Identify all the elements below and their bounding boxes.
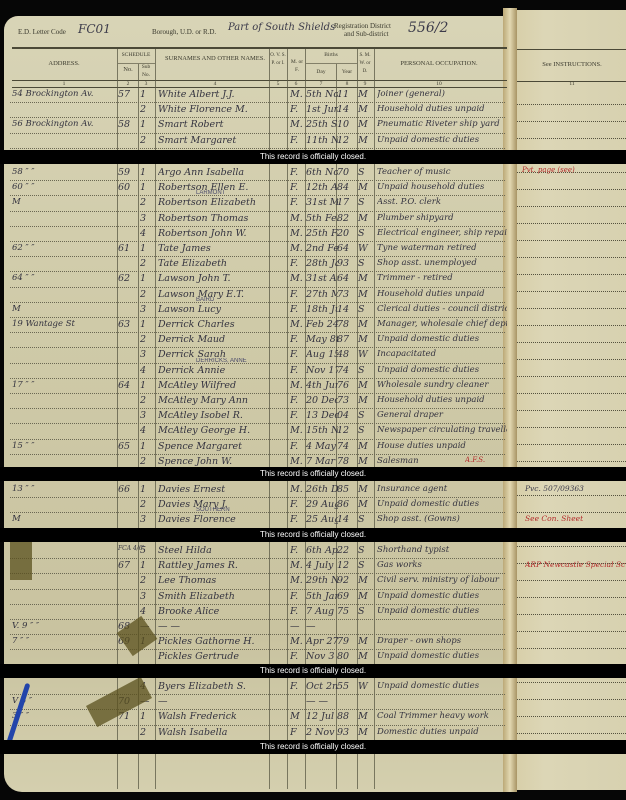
cell-smwd: S	[358, 514, 374, 525]
cell-day: Nov 3	[306, 651, 338, 662]
cell-name: Pickles Gathorne H.	[158, 636, 270, 647]
cell-name: Smith Elizabeth	[158, 591, 270, 602]
cell-day: Feb 24	[306, 319, 338, 330]
cell-name: Robertson John W.	[158, 228, 270, 239]
cell-occupation: Unpaid domestic duties	[377, 606, 507, 616]
cell-name: Smart Robert	[158, 119, 270, 130]
col-head-year: Year	[337, 68, 357, 76]
ruled-line	[517, 376, 626, 377]
cell-day: Apr 27	[306, 636, 338, 647]
cell-mf: F.	[290, 334, 306, 345]
ruled-line	[517, 563, 626, 564]
ruled-line	[517, 410, 626, 411]
cell-mf: F.	[290, 197, 306, 208]
cell-mf: M.	[290, 636, 306, 647]
cell-occupation: Tyne waterman retired	[377, 243, 507, 253]
cell-mf: F.	[290, 104, 306, 115]
cell-smwd: M	[358, 484, 374, 495]
cell-smwd: M	[358, 395, 374, 406]
ruled-line	[517, 342, 626, 343]
cell-mf: F.	[290, 499, 306, 510]
ruled-line	[517, 121, 626, 122]
closed-record-banner: This record is officially closed.	[0, 467, 626, 481]
cell-smwd: M	[358, 441, 374, 452]
table-row: 2McAtley Mary AnnF.20 Dec73MHousehold du…	[10, 394, 505, 409]
cell-year: 88	[337, 711, 357, 722]
cell-day: —	[306, 621, 338, 632]
cell-occupation: Wholesale sundry cleaner	[377, 380, 507, 390]
header-rule	[12, 47, 507, 49]
cell-smwd: S	[358, 560, 374, 571]
table-row: 4Robertson John W.M.25th Feb20SElectrica…	[10, 227, 505, 242]
col-head-births: Births	[306, 51, 356, 59]
cell-name: — —	[158, 621, 270, 632]
cell-mf: F.	[290, 349, 306, 360]
cell-day: 29th Nov	[306, 575, 338, 586]
table-row: 13 ″ ″661Davies ErnestM.26th Dec85MInsur…	[10, 483, 505, 498]
table-row: 2Tate ElizabethF.28th Jan93SShop asst. u…	[10, 257, 505, 272]
right-header-rule	[517, 49, 626, 50]
closed-record-banner: This record is officially closed.	[0, 740, 626, 754]
ruled-line	[517, 359, 626, 360]
cell-day: Nov 17	[306, 365, 338, 376]
cell-smwd: S	[358, 304, 374, 315]
table-row: 671Rattley James R.M.4 July12SGas worksA…	[10, 559, 505, 574]
cell-year: 78	[337, 456, 357, 467]
cell-occupation: Shorthand typist	[377, 545, 507, 555]
table-row: 17 ″ ″641McAtley WilfredM.4th Jun76MWhol…	[10, 379, 505, 394]
cell-sub: 2	[140, 727, 154, 738]
cell-smwd: M	[358, 499, 374, 510]
table-row: 2Derrick MaudF.May 8th87MUnpaid domestic…	[10, 333, 505, 348]
cell-sub: 1	[140, 319, 154, 330]
cell-occupation: Shop asst. (Gowns)	[377, 514, 507, 524]
cell-year: 74	[337, 441, 357, 452]
cell-sub: 3	[140, 514, 154, 525]
cell-year: 85	[337, 484, 357, 495]
ruled-line	[517, 648, 626, 649]
cell-smwd: M	[358, 334, 374, 345]
cell-smwd: M	[358, 182, 374, 193]
cell-occupation: Unpaid domestic duties	[377, 334, 507, 344]
cell-year: 69	[337, 591, 357, 602]
cell-sub: 2	[140, 334, 154, 345]
cell-sub: 1	[140, 273, 154, 284]
sub-district-label: and Sub-district	[344, 30, 389, 38]
closed-record-banner: This record is officially closed.	[0, 150, 626, 164]
name-annotation: SOUTHERN	[196, 507, 230, 513]
ruled-line	[517, 291, 626, 292]
cell-smwd: M	[358, 456, 374, 467]
table-row: 64 ″ ″621Lawson John T.M.31st Aug64MTrim…	[10, 272, 505, 287]
ruled-line	[517, 189, 626, 190]
table-row: V 5 ″70——— —	[10, 695, 505, 710]
margin-note: ARP Newcastle Special Sc.	[525, 560, 626, 569]
tape-mark	[10, 540, 32, 580]
col-num: 10	[376, 81, 502, 87]
cell-name: —	[158, 696, 270, 707]
cell-occupation: Joiner (general)	[377, 89, 507, 99]
cell-name: Spence Margaret	[158, 441, 270, 452]
col-head-address: ADDRESS.	[14, 60, 114, 68]
registration-district-label: Registration District	[334, 22, 391, 30]
table-row: 3Derrick SarahF.Aug 1548WIncapacitated	[10, 348, 505, 363]
ruled-line	[517, 461, 626, 462]
col-num: 5	[270, 81, 286, 87]
cell-sub: 2	[140, 135, 154, 146]
cell-name: Robertson Thomas	[158, 213, 270, 224]
cell-mf: F.	[290, 365, 306, 376]
cell-day: 29 Aug	[306, 499, 338, 510]
cell-smwd: M	[358, 135, 374, 146]
cell-day: 31st Aug	[306, 273, 338, 284]
cell-sub: 2	[140, 197, 154, 208]
cell-year: 73	[337, 395, 357, 406]
col-num: 1	[14, 81, 114, 87]
cell-occupation: Unpaid domestic duties	[377, 365, 507, 375]
col-num: 2	[118, 81, 138, 87]
col-head-occupation: PERSONAL OCCUPATION.	[376, 60, 502, 68]
cell-day: 5th Jan	[306, 591, 338, 602]
table-row: 2Lawson Mary E.T.F.27th May73MHousehold …	[10, 288, 505, 303]
ruled-line	[517, 223, 626, 224]
cell-day: 7 Mar	[306, 456, 338, 467]
cell-name: White Florence M.	[158, 104, 270, 115]
cell-mf: —	[290, 621, 306, 632]
cell-name: Derrick Maud	[158, 334, 270, 345]
cell-day: 27th May	[306, 289, 338, 300]
cell-name: Brooke Alice	[158, 606, 270, 617]
cell-year: 82	[337, 213, 357, 224]
cell-day: 25th Feb	[306, 228, 338, 239]
cell-smwd: S	[358, 365, 374, 376]
cell-mf: M.	[290, 380, 306, 391]
ruled-line	[517, 257, 626, 258]
cell-occupation: Unpaid domestic duties	[377, 681, 507, 691]
cell-day: 6th Nov	[306, 167, 338, 178]
cell-name: Smart Margaret	[158, 135, 270, 146]
cell-sub: 3	[140, 349, 154, 360]
ruled-line	[517, 512, 626, 513]
cell-sub: 1	[140, 380, 154, 391]
table-row: M2Robertson ElizabethF.31st Mar17SAsst. …	[10, 196, 505, 211]
cell-name: Walsh Frederick	[158, 711, 270, 722]
closed-record-banner: This record is officially closed.	[0, 528, 626, 542]
table-row: 7 ″ ″691Pickles Gathorne H.M.Apr 2779MDr…	[10, 635, 505, 650]
ruled-line	[517, 580, 626, 581]
cell-mf: M.	[290, 119, 306, 130]
cell-smwd: S	[358, 167, 374, 178]
cell-day: 2nd Feb	[306, 243, 338, 254]
cell-smwd: S	[358, 228, 374, 239]
census-register-page: E.D. Letter Code FC01 Borough, U.D. or R…	[0, 0, 626, 800]
col-head-smwd: S. M. W. or D.	[358, 52, 372, 76]
cell-mf: M.	[290, 228, 306, 239]
cell-occupation: Unpaid domestic duties	[377, 651, 507, 661]
cell-year: 20	[337, 228, 357, 239]
cell-year: 48	[337, 349, 357, 360]
cell-day: 28th Jan	[306, 258, 338, 269]
name-annotation: BAIRD	[196, 297, 214, 303]
cell-occupation: Unpaid domestic duties	[377, 135, 507, 145]
cell-year: 22	[337, 545, 357, 556]
cell-occupation: Insurance agent	[377, 484, 507, 494]
col-head-sub-no: Sub No.	[138, 63, 154, 79]
cell-address: 56 Brockington Av.	[12, 119, 116, 129]
ruled-line	[517, 682, 626, 683]
table-row: FCA 4/675Steel HildaF.6th Apr22SShorthan…	[10, 544, 505, 559]
cell-occupation: Coal Trimmer heavy work	[377, 711, 507, 721]
ruled-line	[517, 240, 626, 241]
table-row: 3McAtley Isobel R.F.13 Dec04SGeneral dra…	[10, 409, 505, 424]
cell-address: 54 Brockington Av.	[12, 89, 116, 99]
closed-record-banner: This record is officially closed.	[0, 664, 626, 678]
col-head-schedule: SCHEDULE	[118, 51, 154, 59]
cell-name: Davies Florence	[158, 514, 270, 525]
table-row: 15 ″ ″651Spence MargaretF.4 May74MHouse …	[10, 440, 505, 455]
cell-year: 93	[337, 258, 357, 269]
cell-name: Spence John W.	[158, 456, 270, 467]
cell-sub: 1	[140, 243, 154, 254]
cell-year: 74	[337, 365, 357, 376]
cell-mf: F.	[290, 441, 306, 452]
ruled-line	[517, 325, 626, 326]
cell-name: Lawson Lucy	[158, 304, 270, 315]
col-num: 9	[358, 81, 372, 87]
cell-mf: M.	[290, 484, 306, 495]
table-row: 2Lee ThomasM.29th Nov92MCivil serv. mini…	[10, 574, 505, 589]
cell-mf: F.	[290, 606, 306, 617]
cell-mf: F.	[290, 289, 306, 300]
col-num: 6	[288, 81, 304, 87]
ed-code-label: E.D. Letter Code	[18, 28, 66, 36]
cell-year: 93	[337, 727, 357, 738]
col-num: 11	[522, 81, 622, 87]
table-row: 2White Florence M.F.1st Jun14MHousehold …	[10, 103, 505, 118]
cell-year: 12	[337, 135, 357, 146]
ruled-line	[517, 546, 626, 547]
table-row: 62 ″ ″611Tate JamesM.2nd Feb64WTyne wate…	[10, 242, 505, 257]
cell-mf: F.	[290, 681, 306, 692]
cell-sub: 2	[140, 456, 154, 467]
schedule-subrule	[118, 63, 155, 64]
cell-sub: 3	[140, 591, 154, 602]
cell-day: 15th Nov	[306, 425, 338, 436]
cell-smwd: M	[358, 727, 374, 738]
cell-name: Lee Thomas	[158, 575, 270, 586]
cell-year: 55	[337, 681, 357, 692]
ruled-line	[517, 716, 626, 717]
col-head-instructions: See INSTRUCTIONS.	[522, 61, 622, 69]
cell-day: 1st Jun	[306, 104, 338, 115]
cell-year: 76	[337, 380, 357, 391]
cell-name: McAtley Wilfred	[158, 380, 270, 391]
cell-address: M	[12, 304, 116, 314]
cell-occupation: Clerical duties - council district	[377, 304, 507, 314]
cell-year: 86	[337, 499, 357, 510]
cell-occupation: Unpaid domestic duties	[377, 591, 507, 601]
cell-day: 4th Jun	[306, 380, 338, 391]
cell-day: May 8th	[306, 334, 338, 345]
table-row: 19 Wantage St631Derrick CharlesM.Feb 247…	[10, 318, 505, 333]
table-row: 4Byers Elizabeth S.F.Oct 2nd55WUnpaid do…	[10, 680, 505, 695]
cell-mf: M.	[290, 273, 306, 284]
ruled-line	[517, 393, 626, 394]
cell-address: 62 ″ ″	[12, 243, 116, 253]
ruled-line	[517, 427, 626, 428]
table-row: 4Derrick AnnieF.Nov 1774SUnpaid domestic…	[10, 364, 505, 379]
cell-smwd: M	[358, 273, 374, 284]
cell-year: 79	[337, 636, 357, 647]
cell-mf: F.	[290, 514, 306, 525]
cell-mf: M.	[290, 560, 306, 571]
cell-mf: M	[290, 711, 306, 722]
cell-sub: 3	[140, 410, 154, 421]
cell-address: M	[12, 197, 116, 207]
cell-year: 80	[337, 651, 357, 662]
cell-occupation: Unpaid household duties	[377, 182, 507, 192]
cell-occupation: General draper	[377, 410, 507, 420]
cell-sub: 1	[140, 711, 154, 722]
cell-day: 2 Nov	[306, 727, 338, 738]
cell-sub: 2	[140, 289, 154, 300]
name-annotation: DERRICKS, ANNE	[196, 358, 247, 364]
cell-smwd: S	[358, 606, 374, 617]
cell-year: 92	[337, 575, 357, 586]
cell-address: 60 ″ ″	[12, 182, 116, 192]
margin-note: See Con. Sheet	[525, 514, 583, 523]
cell-smwd: M	[358, 319, 374, 330]
cell-address: 19 Wantage St	[12, 319, 116, 329]
cell-address: 64 ″ ″	[12, 273, 116, 283]
cell-mf: F.	[290, 545, 306, 556]
col-head-sched-no: No.	[118, 66, 138, 74]
cell-occupation: Unpaid domestic duties	[377, 499, 507, 509]
cell-day: 25 Aug	[306, 514, 338, 525]
cell-sub: 1	[140, 441, 154, 452]
cell-year: 73	[337, 289, 357, 300]
cell-address: 15 ″ ″	[12, 441, 116, 451]
col-head-mf: M. or F.	[290, 58, 304, 74]
cell-occupation: Household duties unpaid	[377, 289, 507, 299]
cell-smwd: M	[358, 711, 374, 722]
table-row: M3Davies FlorenceF.25 Aug14SShop asst. (…	[10, 513, 505, 528]
cell-sub: 4	[140, 228, 154, 239]
cell-name: Steel Hilda	[158, 545, 270, 556]
cell-name: Derrick Annie	[158, 365, 270, 376]
cell-occupation: Household duties unpaid	[377, 395, 507, 405]
ruled-line	[517, 495, 626, 496]
cell-year: 14	[337, 514, 357, 525]
cell-mf: F.	[290, 182, 306, 193]
cell-address: 13 ″ ″	[12, 484, 116, 494]
cell-year: 87	[337, 334, 357, 345]
cell-mf: F.	[290, 410, 306, 421]
cell-year: 75	[337, 606, 357, 617]
cell-day: 20 Dec	[306, 395, 338, 406]
cell-occupation: Pneumatic Riveter ship yard	[377, 119, 507, 129]
cell-day: 5th Feb	[306, 213, 338, 224]
cell-name: Lawson John T.	[158, 273, 270, 284]
cell-smwd: M	[358, 380, 374, 391]
cell-day: 7 Aug	[306, 606, 338, 617]
cell-name: McAtley Mary Ann	[158, 395, 270, 406]
cell-name: White Albert J.J.	[158, 89, 270, 100]
cell-sub: 1	[140, 89, 154, 100]
cell-sub: 1	[140, 182, 154, 193]
table-row: M3Lawson LucyF.18th June14SClerical duti…	[10, 303, 505, 318]
cell-mf: M.	[290, 319, 306, 330]
cell-smwd: M	[358, 89, 374, 100]
cell-day: — —	[306, 696, 338, 707]
cell-sub: 3	[140, 304, 154, 315]
ed-code-value: FC01	[78, 22, 111, 36]
cell-name: Walsh Isabella	[158, 727, 270, 738]
registration-district-value: 556/2	[408, 20, 448, 36]
cell-mf: F.	[290, 651, 306, 662]
ruled-line	[517, 138, 626, 139]
cell-day: 25th Sep	[306, 119, 338, 130]
table-row: 3Smith ElizabethF.5th Jan69MUnpaid domes…	[10, 590, 505, 605]
cell-day: 11th Nov	[306, 135, 338, 146]
table-row: 4Brooke AliceF.7 Aug75SUnpaid domestic d…	[10, 605, 505, 620]
cell-occupation: Trimmer - retired	[377, 273, 507, 283]
cell-year: 17	[337, 197, 357, 208]
borough-label: Borough, U.D. or R.D.	[152, 28, 216, 36]
cell-occupation: Electrical engineer, ship repair yard, m…	[377, 228, 507, 238]
cell-year: 78	[337, 319, 357, 330]
cell-mf: F.	[290, 304, 306, 315]
ruled-line	[517, 206, 626, 207]
col-head-names: SURNAMES AND OTHER NAMES.	[160, 55, 270, 63]
cell-smwd: M	[358, 636, 374, 647]
col-num: 4	[160, 81, 270, 87]
cell-address: M	[12, 514, 116, 524]
cell-year: 10	[337, 119, 357, 130]
cell-occupation: House duties unpaid	[377, 441, 507, 451]
cell-smwd: S	[358, 410, 374, 421]
ruled-line	[517, 444, 626, 445]
cell-mf: M.	[290, 243, 306, 254]
table-row: V. 9 ″ ″68—— ———	[10, 620, 505, 635]
cell-sub: 1	[140, 119, 154, 130]
cell-mf: M.	[290, 89, 306, 100]
cell-sub: 4	[140, 425, 154, 436]
cell-year: 11	[337, 89, 357, 100]
cell-occupation: Draper - own shops	[377, 636, 507, 646]
ruled-line	[517, 614, 626, 615]
cell-day: 26th Dec	[306, 484, 338, 495]
cell-name: Argo Ann Isabella	[158, 167, 270, 178]
cell-name: Rattley James R.	[158, 560, 270, 571]
ruled-line	[517, 308, 626, 309]
cell-day: 4 July	[306, 560, 338, 571]
cell-smwd: M	[358, 104, 374, 115]
cell-smwd: M	[358, 289, 374, 300]
cell-sub: 2	[140, 104, 154, 115]
cell-occupation: Domestic duties unpaid	[377, 727, 507, 737]
margin-note: A.F.S.	[465, 456, 485, 464]
cell-mf: M.	[290, 456, 306, 467]
name-annotation: LARMONT	[196, 190, 225, 196]
col-num: 3	[138, 81, 154, 87]
births-subrule	[306, 63, 357, 64]
cell-sub: 1	[140, 484, 154, 495]
right-page-red-note: Pvt. page (see)	[522, 166, 575, 174]
cell-year: 84	[337, 182, 357, 193]
cell-occupation: Plumber shipyard	[377, 213, 507, 223]
cell-occupation: Salesman	[377, 456, 507, 466]
